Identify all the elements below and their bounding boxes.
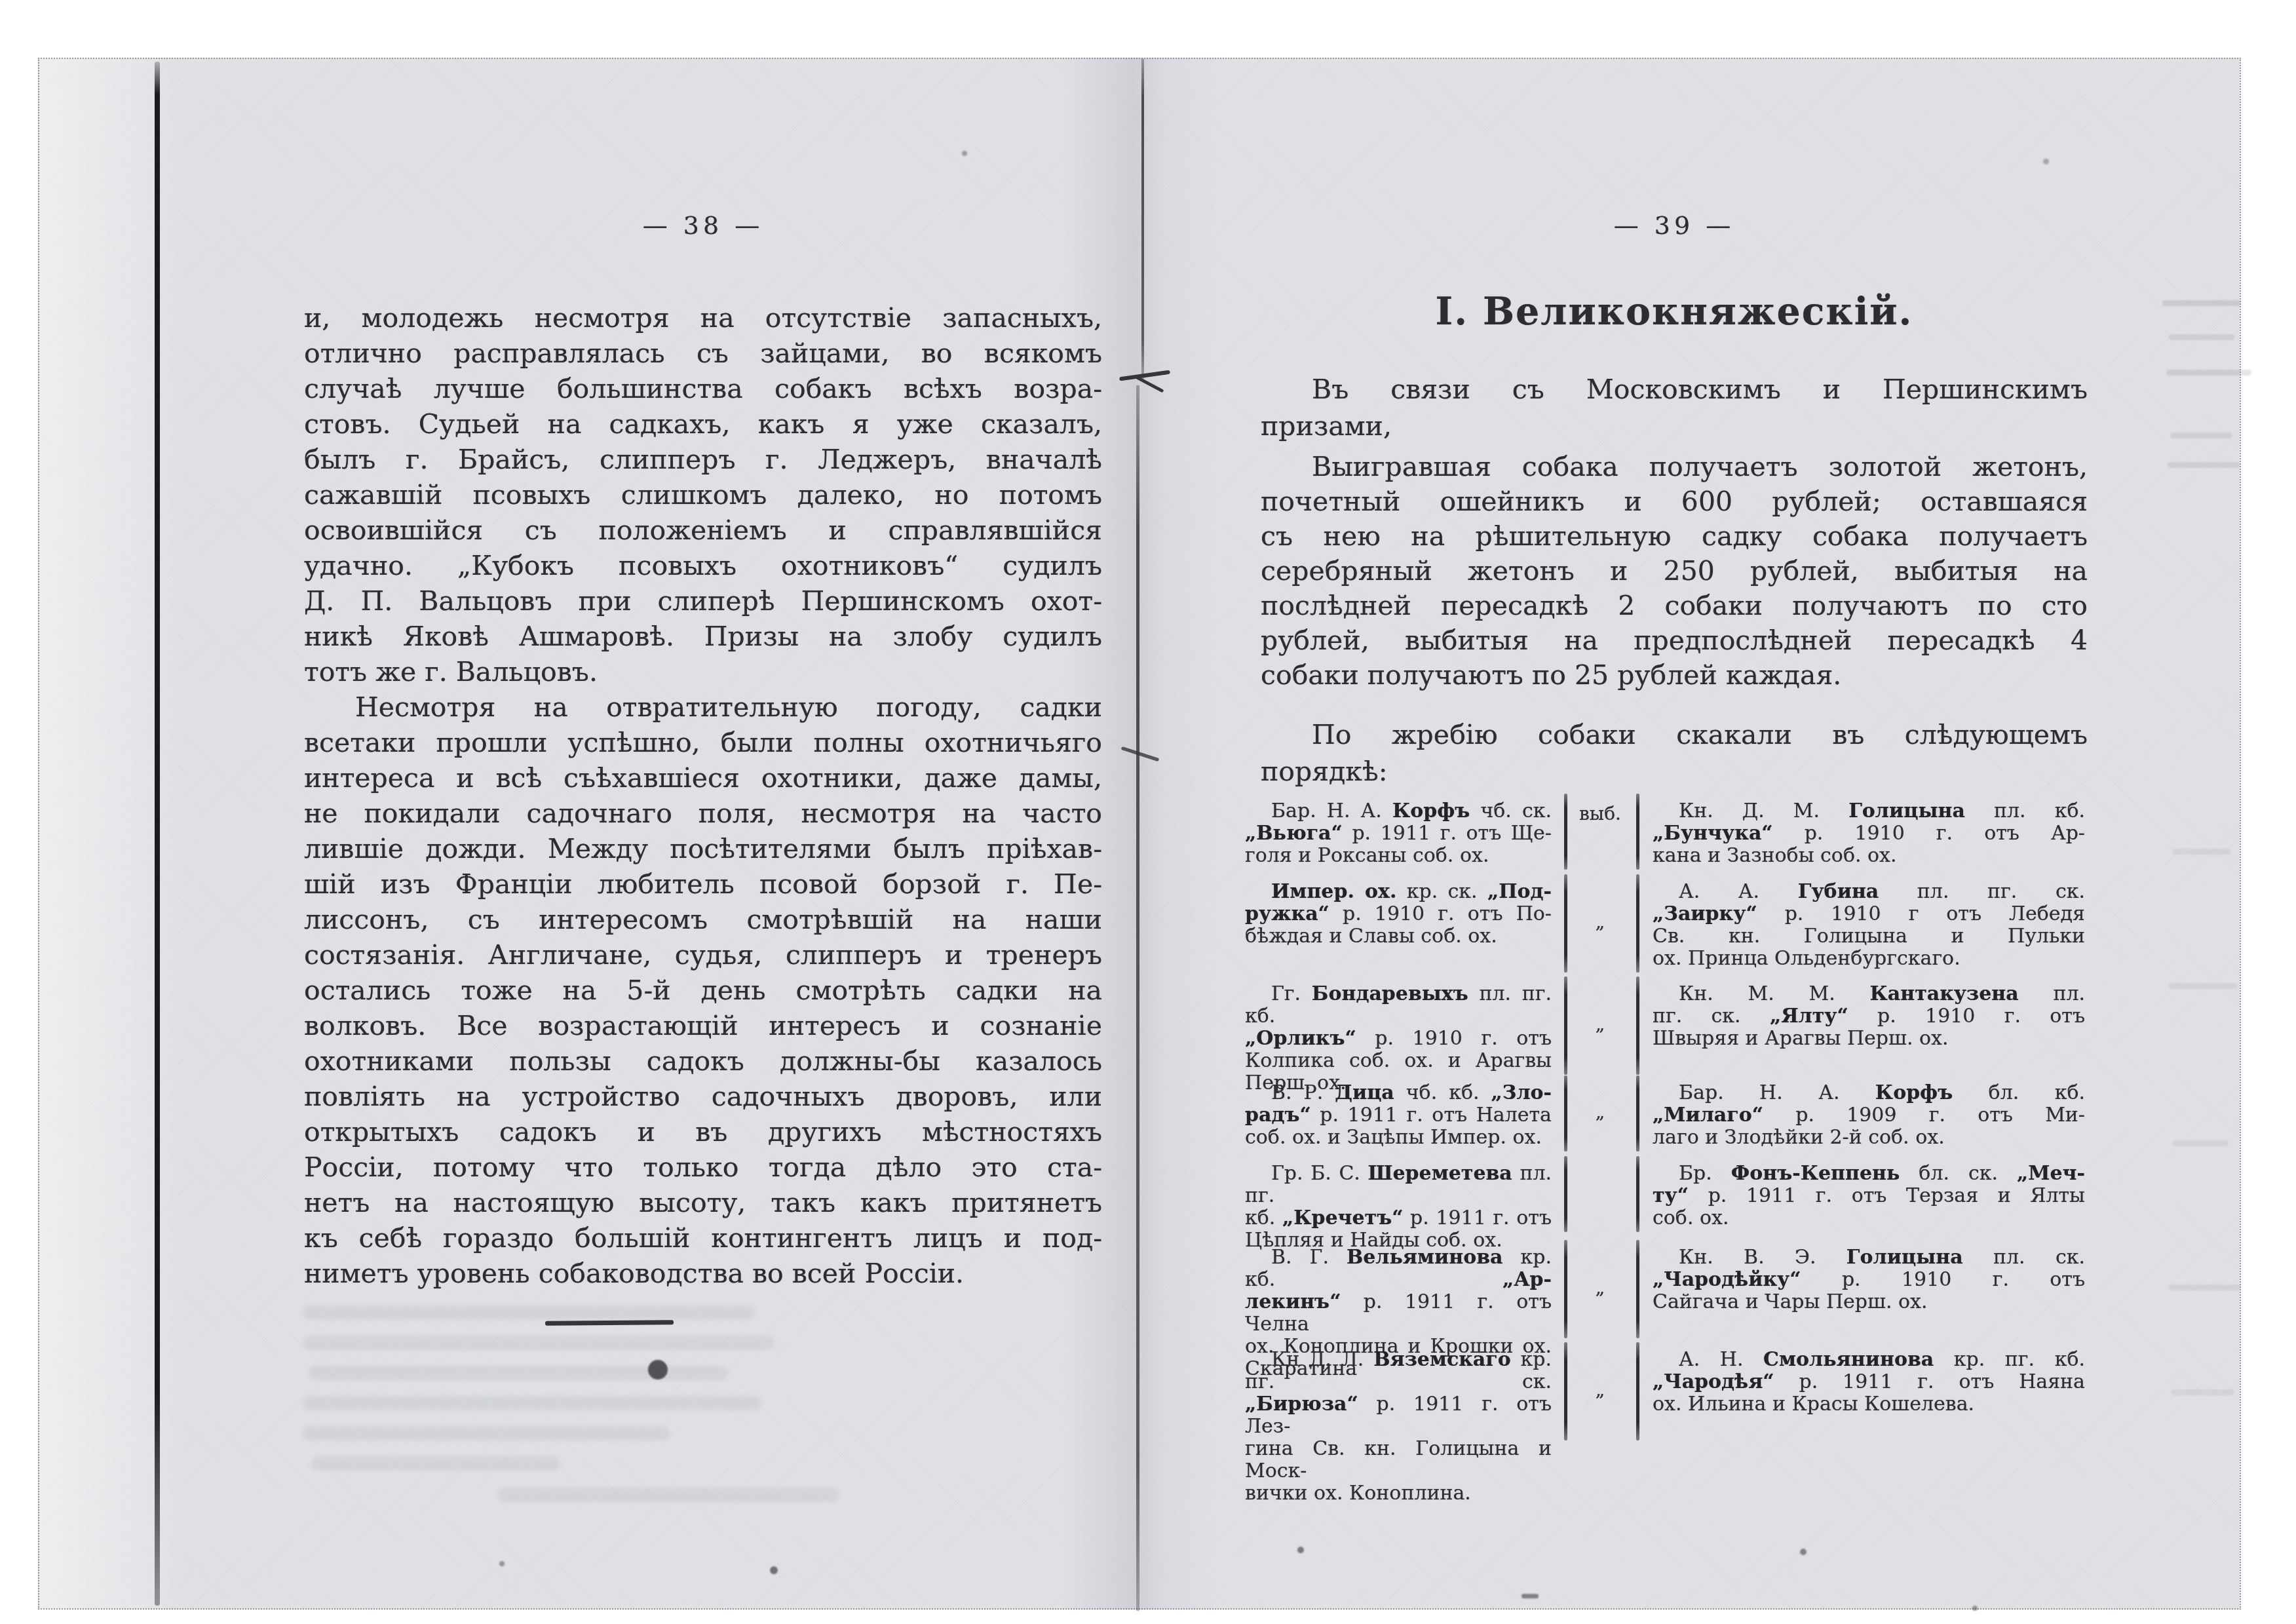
- text-line: лаго и Злодѣйки 2-й соб. ох.: [1653, 1127, 2085, 1149]
- text-line: „Заирку“ р. 1910 г отъ Лебедя: [1653, 903, 2085, 925]
- text-line: Гр. Б. С. Шереметева пл. пг.: [1245, 1163, 1552, 1207]
- text-line: „Бунчука“ р. 1910 г. отъ Ар-: [1653, 822, 2085, 845]
- text-line: Св. кн. Голицына и Пульки: [1653, 925, 2085, 948]
- text-line: кана и Зазнобы соб. ох.: [1653, 845, 2085, 867]
- text-line: ту“ р. 1911 г. отъ Терзая и Ялты: [1653, 1185, 2085, 1207]
- text-line: А. Н. Смольянинова кр. пг. кб.: [1653, 1349, 2085, 1371]
- text-line: Кн. В. Э. Голицына пл. ск.: [1653, 1247, 2085, 1269]
- ditto-mark: „: [1566, 1379, 1634, 1401]
- bleed-through-mark: [2169, 334, 2234, 340]
- text-line: кб. „Кречетъ“ р. 1911 г. отъ: [1245, 1207, 1552, 1229]
- text-line: ох. Принца Ольденбургскаго.: [1653, 948, 2085, 970]
- show-through-text: [303, 1305, 755, 1320]
- table-cell-right: Кн. Д. М. Голицына пл. кб.„Бунчука“ р. 1…: [1653, 800, 2085, 867]
- text-line: „Милаго“ р. 1909 г. отъ Ми-: [1653, 1104, 2085, 1127]
- ink-speck: [770, 1566, 778, 1574]
- text-line: А. А. Губина пл. пг. ск.: [1653, 881, 2085, 903]
- text-line: голя и Роксаны соб. ох.: [1245, 845, 1552, 867]
- text-line: ох. Ильина и Красы Кошелева.: [1653, 1393, 2085, 1416]
- ink-speck: [1972, 1606, 1978, 1611]
- text-line: „Орликъ“ р. 1910 г. отъ: [1245, 1028, 1552, 1050]
- text-line: пг. ск. „Ялту“ р. 1910 г. отъ: [1653, 1005, 2085, 1028]
- table-cell-right: Бр. Фонъ-Кеппень бл. ск. „Меч-ту“ р. 191…: [1653, 1163, 2085, 1229]
- ink-speck: [499, 1561, 505, 1566]
- text-line: В. Р. Дица чб. кб. „Зло-: [1245, 1082, 1552, 1104]
- ditto-mark: „: [1566, 1277, 1634, 1298]
- ink-speck: [962, 151, 967, 156]
- show-through-text: [303, 1426, 670, 1440]
- bleed-through-mark: [2162, 300, 2241, 306]
- text-line: бѣждая и Славы соб. ох.: [1245, 925, 1552, 948]
- bleed-through-mark: [2170, 433, 2232, 438]
- table-cell-right: А. А. Губина пл. пг. ск.„Заирку“ р. 1910…: [1653, 881, 2085, 970]
- show-through-text: [303, 1336, 775, 1350]
- text-line: Швыряя и Арагвы Перш. ох.: [1653, 1028, 2085, 1050]
- ink-speck: [1800, 1549, 1807, 1555]
- text-line: В. Г. Вельяминова кр. кб. „Ар-: [1245, 1247, 1552, 1291]
- text-line: Гг. Бондаревыхъ пл. пг. кб.: [1245, 983, 1552, 1028]
- table-rule: [1636, 1075, 1639, 1151]
- ink-speck: [648, 1360, 668, 1380]
- show-through-text: [311, 1456, 560, 1471]
- bleed-through-mark: [2172, 849, 2231, 855]
- table-cell-left: Гг. Бондаревыхъ пл. пг. кб.„Орликъ“ р. 1…: [1245, 983, 1552, 1094]
- show-through-text: [303, 1396, 761, 1410]
- text-line: Колпика соб. ох. и Арагвы: [1245, 1050, 1552, 1072]
- table-rule: [1564, 1156, 1567, 1232]
- ink-speck: [1297, 1547, 1304, 1553]
- bleed-through-mark: [2168, 462, 2240, 468]
- text-line: „Бирюза“ р. 1911 г. отъ Лез-: [1245, 1393, 1552, 1438]
- table-cell-left: Бар. Н. А. Корфъ чб. ск.„Вьюга“ р. 1911 …: [1245, 800, 1552, 867]
- text-line: гина Св. кн. Голицына и Моск-: [1245, 1438, 1552, 1482]
- text-line: „Чародѣя“ р. 1911 г. отъ Наяна: [1653, 1371, 2085, 1393]
- text-line: радъ“ р. 1911 г. отъ Налета: [1245, 1104, 1552, 1127]
- table-rule: [1636, 976, 1639, 1075]
- text-line: лекинъ“ р. 1911 г. отъ Челна: [1245, 1291, 1552, 1336]
- text-line: Кн. М. М. Кантакузена пл.: [1653, 983, 2085, 1005]
- ditto-mark: „: [1566, 1013, 1634, 1035]
- table-rule: [1636, 1240, 1639, 1338]
- table-cell-left: Импер. ох. кр. ск. „Под-ружка“ р. 1910 г…: [1245, 881, 1552, 948]
- scan-paper: — 38 — и, молодежь несмотря на отсутстві…: [38, 58, 2241, 1610]
- table-rule: [1636, 1156, 1639, 1232]
- text-line: Импер. ох. кр. ск. „Под-: [1245, 881, 1552, 903]
- table-cell-left: Кн Д. Л. Вяземскаго кр. пг. ск.„Бирюза“ …: [1245, 1349, 1552, 1505]
- ink-dash: [1521, 1594, 1539, 1598]
- text-line: Сайгача и Чары Перш. ох.: [1653, 1291, 2085, 1313]
- text-line: соб. ох.: [1653, 1207, 2085, 1229]
- table-cell-right: Бар. Н. А. Корфъ бл. кб.„Милаго“ р. 1909…: [1653, 1082, 2085, 1149]
- ditto-mark: „: [1566, 1101, 1634, 1123]
- table-cell-right: А. Н. Смольянинова кр. пг. кб.„Чародѣя“ …: [1653, 1349, 2085, 1416]
- text-line: Бар. Н. А. Корфъ бл. кб.: [1653, 1082, 2085, 1104]
- bleed-through-mark: [2169, 1285, 2241, 1290]
- table-rule: [1636, 874, 1639, 973]
- text-line: „Вьюга“ р. 1911 г. отъ Ще-: [1245, 822, 1552, 845]
- text-line: Бар. Н. А. Корфъ чб. ск.: [1245, 800, 1552, 822]
- result-label: выб.: [1566, 803, 1634, 824]
- text-line: „Чародѣйку“ р. 1910 г. отъ: [1653, 1269, 2085, 1291]
- ink-speck: [2043, 159, 2049, 164]
- table-cell-right: Кн. В. Э. Голицына пл. ск.„Чародѣйку“ р.…: [1653, 1247, 2085, 1313]
- table-rule: [1636, 794, 1639, 870]
- text-line: соб. ох. и Зацѣпы Импер. ох.: [1245, 1127, 1552, 1149]
- bleed-through-mark: [2169, 983, 2238, 989]
- text-line: Кн Д. Л. Вяземскаго кр. пг. ск.: [1245, 1349, 1552, 1393]
- text-line: Бр. Фонъ-Кеппень бл. ск. „Меч-: [1653, 1163, 2085, 1185]
- bleed-through-mark: [2166, 370, 2251, 376]
- table-cell-right: Кн. М. М. Кантакузена пл.пг. ск. „Ялту“ …: [1653, 983, 2085, 1050]
- table-rule: [1636, 1342, 1639, 1440]
- text-line: вички ох. Коноплина.: [1245, 1482, 1552, 1505]
- show-through-text: [498, 1488, 839, 1502]
- text-line: Кн. Д. М. Голицына пл. кб.: [1653, 800, 2085, 822]
- bleed-through-mark: [2173, 1140, 2229, 1146]
- scanned-book-spread: — 38 — и, молодежь несмотря на отсутстві…: [0, 0, 2296, 1624]
- table-cell-left: В. Р. Дица чб. кб. „Зло-радъ“ р. 1911 г.…: [1245, 1082, 1552, 1149]
- bleed-through-mark: [2172, 1389, 2234, 1395]
- table-cell-left: Гр. Б. С. Шереметева пл. пг.кб. „Кречетъ…: [1245, 1163, 1552, 1252]
- ditto-mark: „: [1566, 911, 1634, 933]
- text-line: ружка“ р. 1910 г. отъ По-: [1245, 903, 1552, 925]
